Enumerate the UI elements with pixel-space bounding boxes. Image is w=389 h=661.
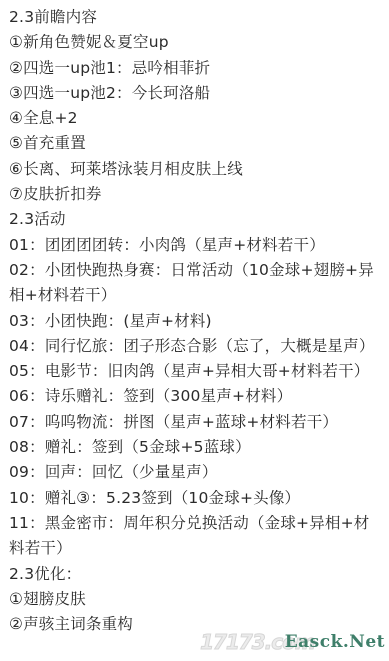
event-item: 05：电影节：旧肉鸽（星声+异相大哥+材料若干） xyxy=(9,359,381,384)
preview-item: ②四选一up池1：忌吟相菲折 xyxy=(9,56,381,81)
preview-heading: 2.3前瞻内容 xyxy=(9,5,381,30)
event-item: 01：团团团团转：小肉鸽（星声+材料若干） xyxy=(9,233,381,258)
document-body: 2.3前瞻内容 ①新角色赞妮＆夏空up ②四选一up池1：忌吟相菲折 ③四选一u… xyxy=(9,5,381,637)
preview-item: ③四选一up池2：今长珂洛船 xyxy=(9,81,381,106)
preview-item: ⑤首充重置 xyxy=(9,131,381,156)
preview-item: ⑦皮肤折扣券 xyxy=(9,182,381,207)
event-item: 08：赠礼：签到（5金球+5蓝球） xyxy=(9,435,381,460)
preview-item: ⑥长离、珂莱塔泳装月相皮肤上线 xyxy=(9,157,381,182)
watermark: 17173.com Easck.Net xyxy=(200,627,385,657)
optimization-item: ①翅膀皮肤 xyxy=(9,587,381,612)
event-item: 04：同行忆旅：团子形态合影（忘了，大概是星声） xyxy=(9,334,381,359)
event-item: 09：回声：回忆（少量星声） xyxy=(9,460,381,485)
watermark-brand-logo: Easck.Net xyxy=(285,632,385,652)
event-item: 10：赠礼③：5.23签到（10金球+头像） xyxy=(9,486,381,511)
event-item: 11：黑金密市：周年积分兑换活动（金球+异相+材料若干） xyxy=(9,511,381,562)
optimization-heading: 2.3优化： xyxy=(9,562,381,587)
event-item: 03：小团快跑：(星声+材料) xyxy=(9,309,381,334)
preview-item: ①新角色赞妮＆夏空up xyxy=(9,30,381,55)
event-item: 06：诗乐赠礼：签到（300星声+材料） xyxy=(9,384,381,409)
event-item: 07：呜呜物流：拼图（星声+蓝球+材料若干） xyxy=(9,410,381,435)
preview-item: ④全息+2 xyxy=(9,106,381,131)
events-heading: 2.3活动 xyxy=(9,207,381,232)
event-item: 02：小团快跑热身赛：日常活动（10金球+翅膀+异相+材料若干） xyxy=(9,258,381,309)
